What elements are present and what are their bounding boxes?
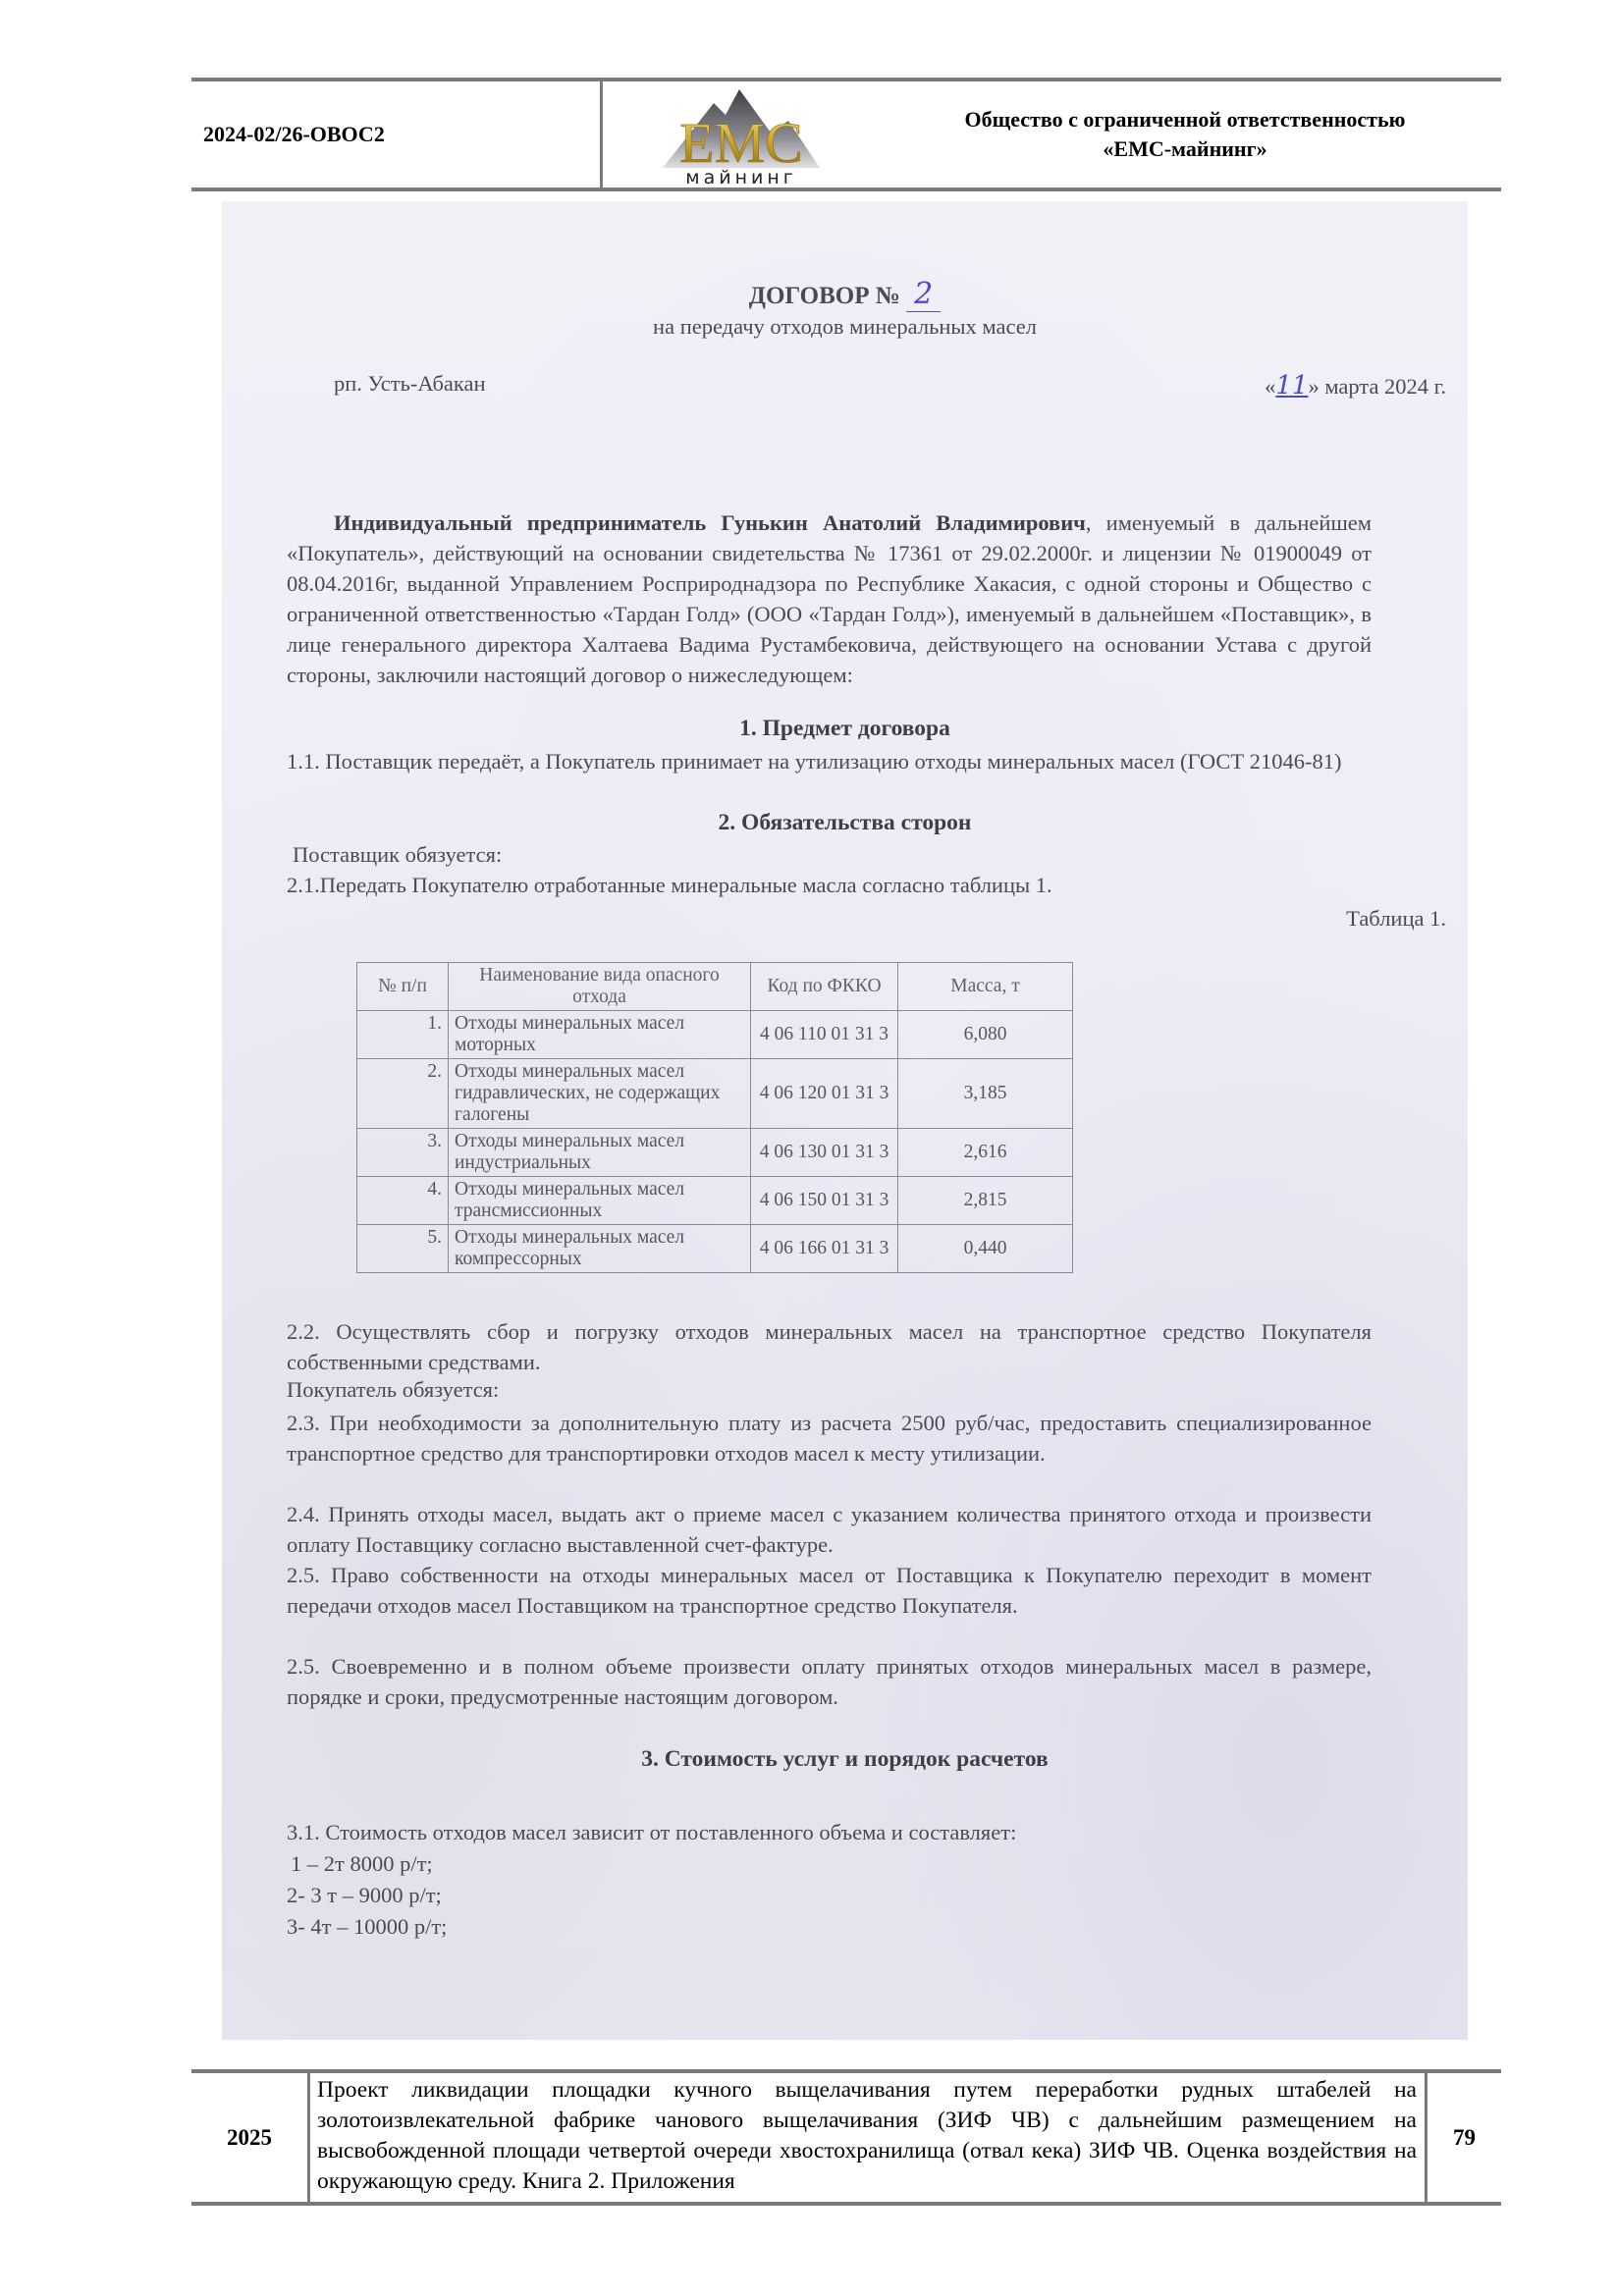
- preamble-text: , именуемый в дальнейшем «Покупатель», д…: [287, 510, 1372, 687]
- section-3-title: 3. Стоимость услуг и порядок расчетов: [222, 1746, 1468, 1773]
- page-header: 2024-02/26-ОВОС2 ЕМС майнинг Общество с: [191, 78, 1501, 191]
- company-logo: ЕМС майнинг: [623, 81, 859, 187]
- page-footer: 2025 Проект ликвидации площадки кучного …: [191, 2069, 1501, 2206]
- row-mass: 2,815: [898, 1177, 1073, 1225]
- svg-text:майнинг: майнинг: [685, 167, 797, 187]
- date-day-handwritten: 11: [1275, 371, 1308, 400]
- buyer-obligations-label: Покупатель обязуется:: [287, 1377, 499, 1403]
- clause-2-3: 2.3. При необходимости за дополнительную…: [287, 1408, 1372, 1468]
- col-header-mass: Масса, т: [898, 963, 1073, 1011]
- contract-number-handwritten: 2: [906, 277, 941, 312]
- footer-year: 2025: [191, 2073, 307, 2202]
- row-mass: 2,616: [898, 1129, 1073, 1177]
- contract-title-prefix: ДОГОВОР №: [749, 283, 900, 309]
- row-mass: 6,080: [898, 1011, 1073, 1059]
- date-rest: » марта 2024 г.: [1308, 374, 1446, 399]
- footer-description: Проект ликвидации площадки кучного выщел…: [317, 2075, 1417, 2197]
- price-tier: 1 – 2т 8000 р/т;: [291, 1851, 433, 1877]
- row-number: 2.: [357, 1059, 449, 1129]
- row-code: 4 06 166 01 31 3: [751, 1225, 898, 1273]
- scanned-contract-page: ДОГОВОР № 2 на передачу отходов минераль…: [222, 201, 1468, 2040]
- table-row: 1. Отходы минеральных масел моторных 4 0…: [357, 1011, 1073, 1059]
- row-name: Отходы минеральных масел гидравлических,…: [449, 1059, 751, 1129]
- clause-2-2: 2.2. Осуществлять сбор и погрузку отходо…: [287, 1316, 1372, 1377]
- table-row: 2. Отходы минеральных масел гидравлическ…: [357, 1059, 1073, 1129]
- header-divider: [600, 78, 603, 191]
- row-number: 1.: [357, 1011, 449, 1059]
- table-row: 4. Отходы минеральных масел трансмиссион…: [357, 1177, 1073, 1225]
- row-number: 4.: [357, 1177, 449, 1225]
- org-line-1: Общество с ограниченной ответственностью: [965, 105, 1406, 134]
- waste-table: № п/п Наименование вида опасного отхода …: [356, 962, 1073, 1273]
- table-header-row: № п/п Наименование вида опасного отхода …: [357, 963, 1073, 1011]
- row-name: Отходы минеральных масел индустриальных: [449, 1129, 751, 1177]
- document-code: 2024-02/26-ОВОС2: [203, 81, 596, 187]
- price-tier: 3- 4т – 10000 р/т;: [287, 1914, 447, 1940]
- row-number: 3.: [357, 1129, 449, 1177]
- clause-1-1: 1.1. Поставщик передаёт, а Покупатель пр…: [287, 746, 1372, 776]
- row-number: 5.: [357, 1225, 449, 1273]
- clause-2-4: 2.4. Принять отходы масел, выдать акт о …: [287, 1499, 1372, 1560]
- row-name: Отходы минеральных масел компрессорных: [449, 1225, 751, 1273]
- contract-title: ДОГОВОР № 2: [222, 277, 1468, 311]
- clause-2-5-payment: 2.5. Своевременно и в полном объеме прои…: [287, 1651, 1372, 1712]
- table-row: 5. Отходы минеральных масел компрессорны…: [357, 1225, 1073, 1273]
- row-name: Отходы минеральных масел трансмиссионных: [449, 1177, 751, 1225]
- footer-divider: [307, 2069, 310, 2206]
- col-header-code: Код по ФККО: [751, 963, 898, 1011]
- svg-text:ЕМС: ЕМС: [679, 111, 803, 175]
- row-mass: 0,440: [898, 1225, 1073, 1273]
- org-line-2: «ЕМС-майнинг»: [1103, 134, 1266, 164]
- page-number: 79: [1427, 2073, 1501, 2202]
- row-name: Отходы минеральных масел моторных: [449, 1011, 751, 1059]
- table-row: 3. Отходы минеральных масел индустриальн…: [357, 1129, 1073, 1177]
- clause-2-5-ownership: 2.5. Право собственности на отходы минер…: [287, 1560, 1372, 1621]
- col-header-number: № п/п: [357, 963, 449, 1011]
- supplier-obligations-label: Поставщик обязуется:: [293, 842, 502, 868]
- preamble: Индивидуальный предприниматель Гунькин А…: [287, 507, 1372, 690]
- row-code: 4 06 120 01 31 3: [751, 1059, 898, 1129]
- section-1-title: 1. Предмет договора: [222, 716, 1468, 742]
- price-tier: 2- 3 т – 9000 р/т;: [287, 1883, 442, 1908]
- row-mass: 3,185: [898, 1059, 1073, 1129]
- contract-date: «11» марта 2024 г.: [1265, 371, 1446, 400]
- buyer-name: Индивидуальный предприниматель Гунькин А…: [334, 510, 1086, 535]
- clause-3-1: 3.1. Стоимость отходов масел зависит от …: [287, 1820, 1016, 1845]
- col-header-name: Наименование вида опасного отхода: [449, 963, 751, 1011]
- section-2-title: 2. Обязательства сторон: [222, 810, 1468, 836]
- mountain-logo-icon: ЕМС майнинг: [623, 81, 859, 187]
- table-caption: Таблица 1.: [1346, 906, 1446, 932]
- row-code: 4 06 150 01 31 3: [751, 1177, 898, 1225]
- row-code: 4 06 130 01 31 3: [751, 1129, 898, 1177]
- contract-city: рп. Усть-Абакан: [334, 371, 486, 397]
- clause-2-1: 2.1.Передать Покупателю отработанные мин…: [287, 873, 1052, 898]
- row-code: 4 06 110 01 31 3: [751, 1011, 898, 1059]
- contract-subtitle: на передачу отходов минеральных масел: [222, 314, 1468, 340]
- organization-name: Общество с ограниченной ответственностью…: [869, 81, 1501, 187]
- date-quote-open: «: [1265, 374, 1275, 399]
